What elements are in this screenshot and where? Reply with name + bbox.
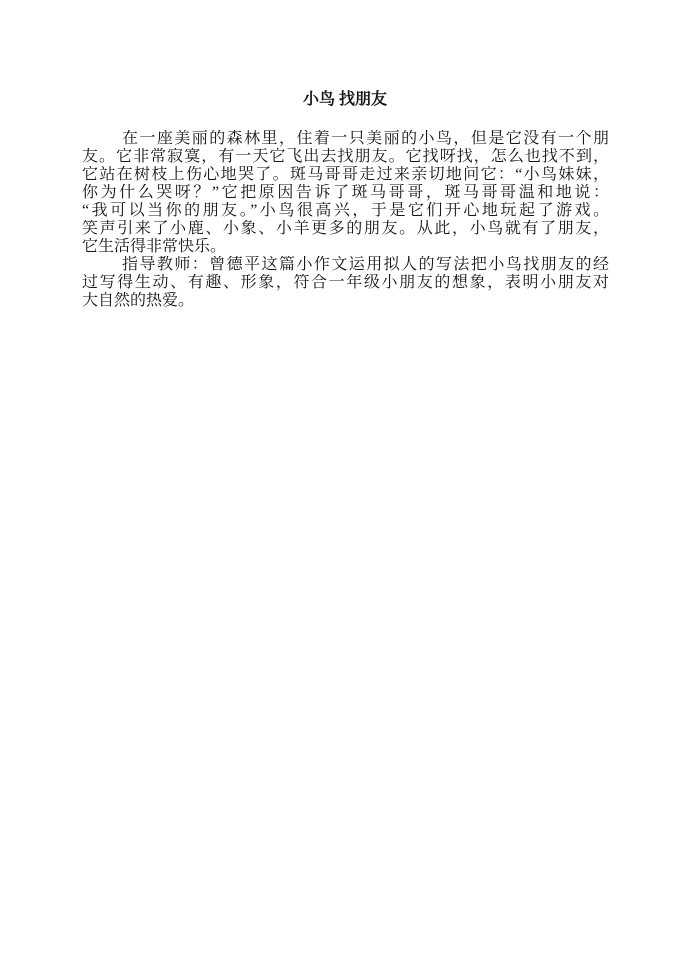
- text-line: 指导教师：曾德平这篇小作文运用拟人的写法把小鸟找朋友的经: [82, 256, 609, 274]
- text-line: 笑声引来了小鹿、小象、小羊更多的朋友。从此，小鸟就有了朋友，: [82, 220, 609, 238]
- text-line: “我可以当你的朋友。”小鸟很高兴，于是它们开心地玩起了游戏。: [82, 202, 609, 220]
- page-title: 小鸟 找朋友: [0, 91, 690, 109]
- text-line: 它站在树枝上伤心地哭了。斑马哥哥走过来亲切地问它：“小鸟妹妹，: [82, 166, 609, 184]
- document-page: 小鸟 找朋友 在一座美丽的森林里，住着一只美丽的小鸟，但是它没有一个朋 友。它非…: [0, 0, 690, 976]
- text-line: 在一座美丽的森林里，住着一只美丽的小鸟，但是它没有一个朋: [82, 130, 609, 148]
- text-line: 大自然的热爱。: [82, 292, 609, 310]
- text-line: 它生活得非常快乐。: [82, 238, 609, 256]
- text-line: 你为什么哭呀？”它把原因告诉了斑马哥哥，斑马哥哥温和地说：: [82, 184, 609, 202]
- document-body: 在一座美丽的森林里，住着一只美丽的小鸟，但是它没有一个朋 友。它非常寂寞，有一天…: [82, 130, 609, 310]
- text-line: 友。它非常寂寞，有一天它飞出去找朋友。它找呀找，怎么也找不到，: [82, 148, 609, 166]
- text-line: 过写得生动、有趣、形象，符合一年级小朋友的想象，表明小朋友对: [82, 274, 609, 292]
